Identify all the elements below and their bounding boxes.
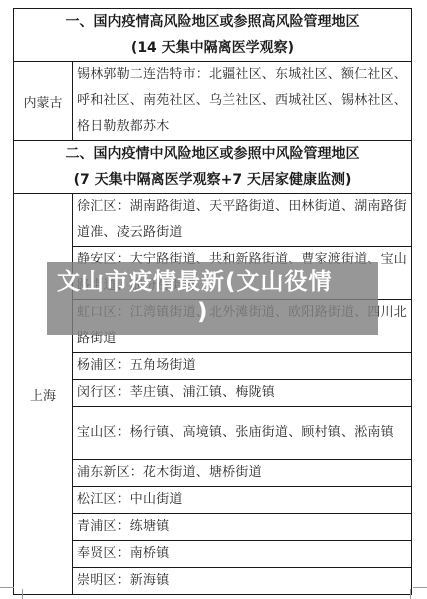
table-row: 青浦区：练塘镇 [14, 514, 412, 541]
crop-mark-right-h [413, 587, 427, 588]
table-row: 杨浦区：五角场街道 [14, 353, 412, 380]
table-row: 松江区：中山街道 [14, 487, 412, 514]
district-cell: 奉贤区：南桥镇 [73, 541, 412, 568]
high-risk-header-row: 一、国内疫情高风险地区或参照高风险管理地区 (14 天集中隔离医学观察) [14, 9, 412, 62]
title-overlay-banner: 文山市疫情最新(文山役情 ) [47, 262, 378, 335]
table-row: 崇明区：新海镇 [14, 568, 412, 595]
medium-risk-header-row: 二、国内疫情中风险地区或参照中风险管理地区 (7 天集中隔离医学观察+7 天居家… [14, 141, 412, 194]
province-cell: 内蒙古 [14, 62, 73, 141]
district-cell: 宝山区：杨行镇、高境镇、张庙街道、顾村镇、淞南镇 [73, 407, 412, 460]
crop-mark-left-v [22, 589, 23, 599]
table-row: 浦东新区：花木街道、塘桥街道 [14, 460, 412, 487]
table-row: 宝山区：杨行镇、高境镇、张庙街道、顾村镇、淞南镇 [14, 407, 412, 460]
district-cell: 徐汇区：湖南路街道、天平路街道、田林街道、湖南路街道准、凌云路街道 [73, 194, 412, 247]
medium-risk-title: 二、国内疫情中风险地区或参照中风险管理地区 [14, 141, 411, 167]
overlay-title: 文山市疫情最新(文山役情 ) [57, 267, 372, 327]
table-row: 上海 徐汇区：湖南路街道、天平路街道、田林街道、湖南路街道准、凌云路街道 [14, 194, 412, 247]
district-cell: 杨浦区：五角场街道 [73, 353, 412, 380]
medium-risk-subtitle: (7 天集中隔离医学观察+7 天居家健康监测) [14, 167, 411, 193]
high-risk-header: 一、国内疫情高风险地区或参照高风险管理地区 (14 天集中隔离医学观察) [14, 9, 412, 62]
province-cell: 上海 [14, 194, 73, 595]
district-cell: 松江区：中山街道 [73, 487, 412, 514]
high-risk-title: 一、国内疫情高风险地区或参照高风险管理地区 [14, 9, 411, 35]
district-cell: 青浦区：练塘镇 [73, 514, 412, 541]
overlay-title-line2: ) [57, 297, 372, 327]
district-cell: 闵行区：莘庄镇、浦江镇、梅陇镇 [73, 380, 412, 407]
area-detail-cell: 锡林郭勒二连浩特市：北疆社区、东城社区、额仁社区、呼和社区、南苑社区、乌兰社区、… [73, 62, 412, 141]
district-cell: 崇明区：新海镇 [73, 568, 412, 595]
crop-mark-right-v [410, 589, 411, 599]
table-row: 奉贤区：南桥镇 [14, 541, 412, 568]
medium-risk-header: 二、国内疫情中风险地区或参照中风险管理地区 (7 天集中隔离医学观察+7 天居家… [14, 141, 412, 194]
table-row: 闵行区：莘庄镇、浦江镇、梅陇镇 [14, 380, 412, 407]
table-row: 内蒙古 锡林郭勒二连浩特市：北疆社区、东城社区、额仁社区、呼和社区、南苑社区、乌… [14, 62, 412, 141]
crop-mark-left-h [0, 587, 14, 588]
district-cell: 浦东新区：花木街道、塘桥街道 [73, 460, 412, 487]
overlay-title-line1: 文山市疫情最新(文山役情 [57, 269, 333, 295]
high-risk-subtitle: (14 天集中隔离医学观察) [14, 35, 411, 61]
